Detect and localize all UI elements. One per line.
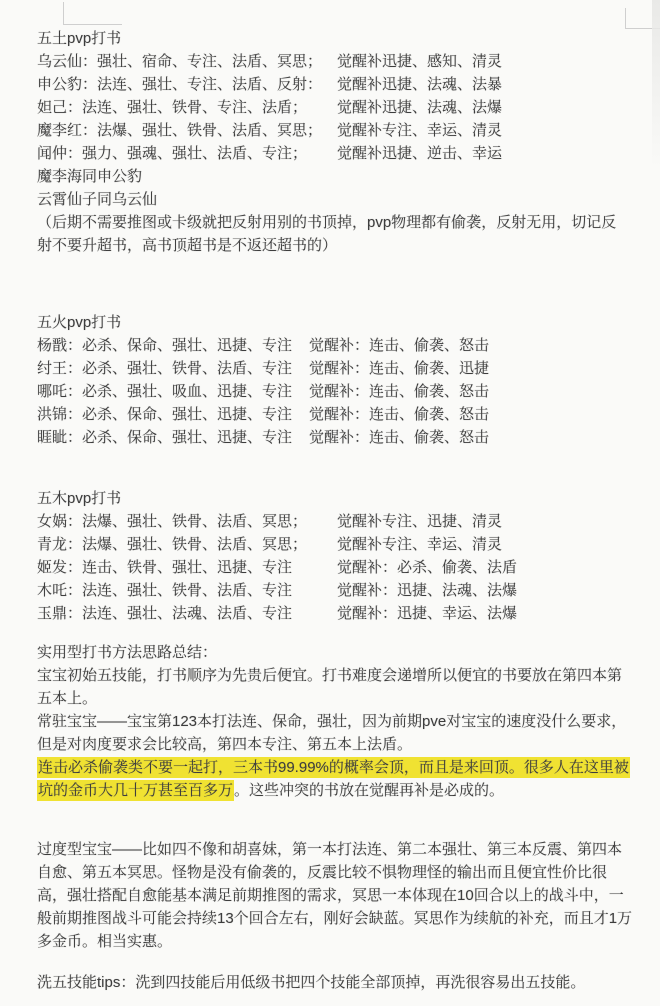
pet-skills: 青龙：法爆、强壮、铁骨、法盾、冥思； [37, 536, 307, 553]
pet-row: 杨戬：必杀、保命、强壮、迅捷、专注 觉醒补：连击、偷袭、怒击 [37, 334, 660, 357]
reroll-tips-line: 洗五技能tips：洗到四技能后用低级书把四个技能全部顶掉，再洗很容易出五技能。 [37, 971, 660, 994]
pet-awaken: 觉醒补：连击、偷袭、怒击 [309, 403, 489, 426]
highlight-marker: 连击必杀偷袭类不要一起打，三本书99.99%的概率会顶，而且是来回顶。很多人在这… [37, 757, 630, 778]
pet-awaken: 觉醒补专注、幸运、清灵 [337, 533, 502, 556]
pet-row: 妲己：法连、强壮、铁骨、专注、法盾； 觉醒补迅捷、法魂、法爆 [37, 96, 660, 119]
pet-awaken: 觉醒补：迅捷、幸运、法爆 [337, 602, 517, 625]
pet-awaken: 觉醒补迅捷、法魂、法爆 [337, 96, 502, 119]
pet-skills: 木吒：法连、强壮、铁骨、法盾、专注 [37, 582, 292, 599]
note-line: （后期不需要推图或卡级就把反射用别的书顶掉，pvp物理都有偷袭，反射无用，切记反 [37, 211, 660, 234]
pet-awaken: 觉醒补：连击、偷袭、怒击 [309, 380, 489, 403]
pet-row: 玉鼎：法连、强壮、法魂、法盾、专注 觉醒补：迅捷、幸运、法爆 [37, 602, 660, 625]
note-line: 云霄仙子同乌云仙 [37, 188, 660, 211]
transition-pet-line: 自愈、第五本冥思。怪物是没有偷袭的，反震比较不惧物理怪的输出而且便宜性价比很 [37, 861, 660, 884]
summary-line-rest: 。这些冲突的书放在觉醒再补是必成的。 [234, 782, 504, 799]
pet-row: 闻仲：强力、强魂、强壮、法盾、专注； 觉醒补迅捷、逆击、幸运 [37, 142, 660, 165]
pet-row: 哪吒：必杀、强壮、吸血、迅捷、专注 觉醒补：连击、偷袭、怒击 [37, 380, 660, 403]
section-title-earth: 五土pvp打书 [37, 27, 660, 50]
pet-awaken: 觉醒补：连击、偷袭、迅捷 [309, 357, 489, 380]
pet-row: 木吒：法连、强壮、铁骨、法盾、专注 觉醒补：迅捷、法魂、法爆 [37, 579, 660, 602]
pet-skills: 魔李红：法爆、强壮、铁骨、法盾、冥思； [37, 122, 322, 139]
pet-row: 女娲：法爆、强壮、铁骨、法盾、冥思； 觉醒补专注、迅捷、清灵 [37, 510, 660, 533]
pet-awaken: 觉醒补：连击、偷袭、怒击 [309, 426, 489, 449]
pet-row: 纣王：必杀、强壮、铁骨、法盾、专注 觉醒补：连击、偷袭、迅捷 [37, 357, 660, 380]
transition-pet-line: 高，强壮搭配自愈能基本满足前期推图的需求，冥思一本体现在10回合以上的战斗中，一 [37, 884, 660, 907]
pet-row: 申公豹：法连、强壮、专注、法盾、反射： 觉醒补迅捷、法魂、法暴 [37, 73, 660, 96]
pet-awaken: 觉醒补专注、幸运、清灵 [337, 119, 502, 142]
summary-line: 五本上。 [37, 687, 660, 710]
section-title-fire: 五火pvp打书 [37, 311, 660, 334]
pet-skills: 玉鼎：法连、强壮、法魂、法盾、专注 [37, 605, 292, 622]
transition-pet-line: 般前期推图战斗可能会持续13个回合左右，刚好会缺蓝。冥思作为续航的补充，而且才1… [37, 907, 660, 930]
pet-row: 睚眦：必杀、保命、强壮、迅捷、专注 觉醒补：连击、偷袭、怒击 [37, 426, 660, 449]
pet-awaken: 觉醒补：必杀、偷袭、法盾 [337, 556, 517, 579]
pet-skills: 纣王：必杀、强壮、铁骨、法盾、专注 [37, 360, 292, 377]
transition-pet-line: 过度型宝宝——比如四不像和胡喜妹，第一本打法连、第二本强壮、第三本反震、第四本 [37, 838, 660, 861]
pet-awaken: 觉醒补迅捷、法魂、法暴 [337, 73, 502, 96]
note-line: 魔李海同申公豹 [37, 165, 660, 188]
pet-skills: 申公豹：法连、强壮、专注、法盾、反射： [37, 76, 322, 93]
pet-skills: 洪锦：必杀、保命、强壮、迅捷、专注 [37, 406, 292, 423]
highlighted-warning-line: 坑的金币大几十万甚至百多万。这些冲突的书放在觉醒再补是必成的。 [37, 779, 660, 802]
pet-skills: 女娲：法爆、强壮、铁骨、法盾、冥思； [37, 513, 307, 530]
pet-skills: 杨戬：必杀、保命、强壮、迅捷、专注 [37, 337, 292, 354]
section-title-wood: 五木pvp打书 [37, 487, 660, 510]
pet-row: 乌云仙：强壮、宿命、专注、法盾、冥思； 觉醒补迅捷、感知、清灵 [37, 50, 660, 73]
pet-skills: 哪吒：必杀、强壮、吸血、迅捷、专注 [37, 383, 292, 400]
pet-awaken: 觉醒补专注、迅捷、清灵 [337, 510, 502, 533]
pet-skills: 姬发：连击、铁骨、强壮、迅捷、专注 [37, 559, 292, 576]
summary-title: 实用型打书方法思路总结： [37, 641, 660, 664]
summary-line: 宝宝初始五技能，打书顺序为先贵后便宜。打书难度会递增所以便宜的书要放在第四本第 [37, 664, 660, 687]
pet-row: 青龙：法爆、强壮、铁骨、法盾、冥思； 觉醒补专注、幸运、清灵 [37, 533, 660, 556]
pet-awaken: 觉醒补：连击、偷袭、怒击 [309, 334, 489, 357]
highlight-marker: 坑的金币大几十万甚至百多万 [37, 780, 234, 801]
note-line: 射不要升超书，高书顶超书是不返还超书的） [37, 234, 660, 257]
pet-row: 魔李红：法爆、强壮、铁骨、法盾、冥思； 觉醒补专注、幸运、清灵 [37, 119, 660, 142]
pet-row: 姬发：连击、铁骨、强壮、迅捷、专注 觉醒补：必杀、偷袭、法盾 [37, 556, 660, 579]
document-body: 五土pvp打书 乌云仙：强壮、宿命、专注、法盾、冥思； 觉醒补迅捷、感知、清灵 … [37, 27, 660, 994]
pet-skills: 乌云仙：强壮、宿命、专注、法盾、冥思； [37, 53, 322, 70]
pet-skills: 闻仲：强力、强魂、强壮、法盾、专注； [37, 145, 307, 162]
pet-awaken: 觉醒补：迅捷、法魂、法爆 [337, 579, 517, 602]
summary-line: 常驻宝宝——宝宝第123本打法连、保命，强壮，因为前期pve对宝宝的速度没什么要… [37, 710, 660, 733]
highlighted-warning-line: 连击必杀偷袭类不要一起打，三本书99.99%的概率会顶，而且是来回顶。很多人在这… [37, 756, 660, 779]
pet-row: 洪锦：必杀、保命、强壮、迅捷、专注 觉醒补：连击、偷袭、怒击 [37, 403, 660, 426]
page-corner-mark-left [63, 2, 122, 25]
transition-pet-line: 多金币。相当实惠。 [37, 930, 660, 953]
pet-awaken: 觉醒补迅捷、逆击、幸运 [337, 142, 502, 165]
pet-skills: 睚眦：必杀、保命、强壮、迅捷、专注 [37, 429, 292, 446]
pet-awaken: 觉醒补迅捷、感知、清灵 [337, 50, 502, 73]
pet-skills: 妲己：法连、强壮、铁骨、专注、法盾； [37, 99, 307, 116]
summary-line: 但是对肉度要求会比较高，第四本专注、第五本上法盾。 [37, 733, 660, 756]
document-page: { "page": { "background": "#fafaf8", "te… [0, 0, 660, 1006]
